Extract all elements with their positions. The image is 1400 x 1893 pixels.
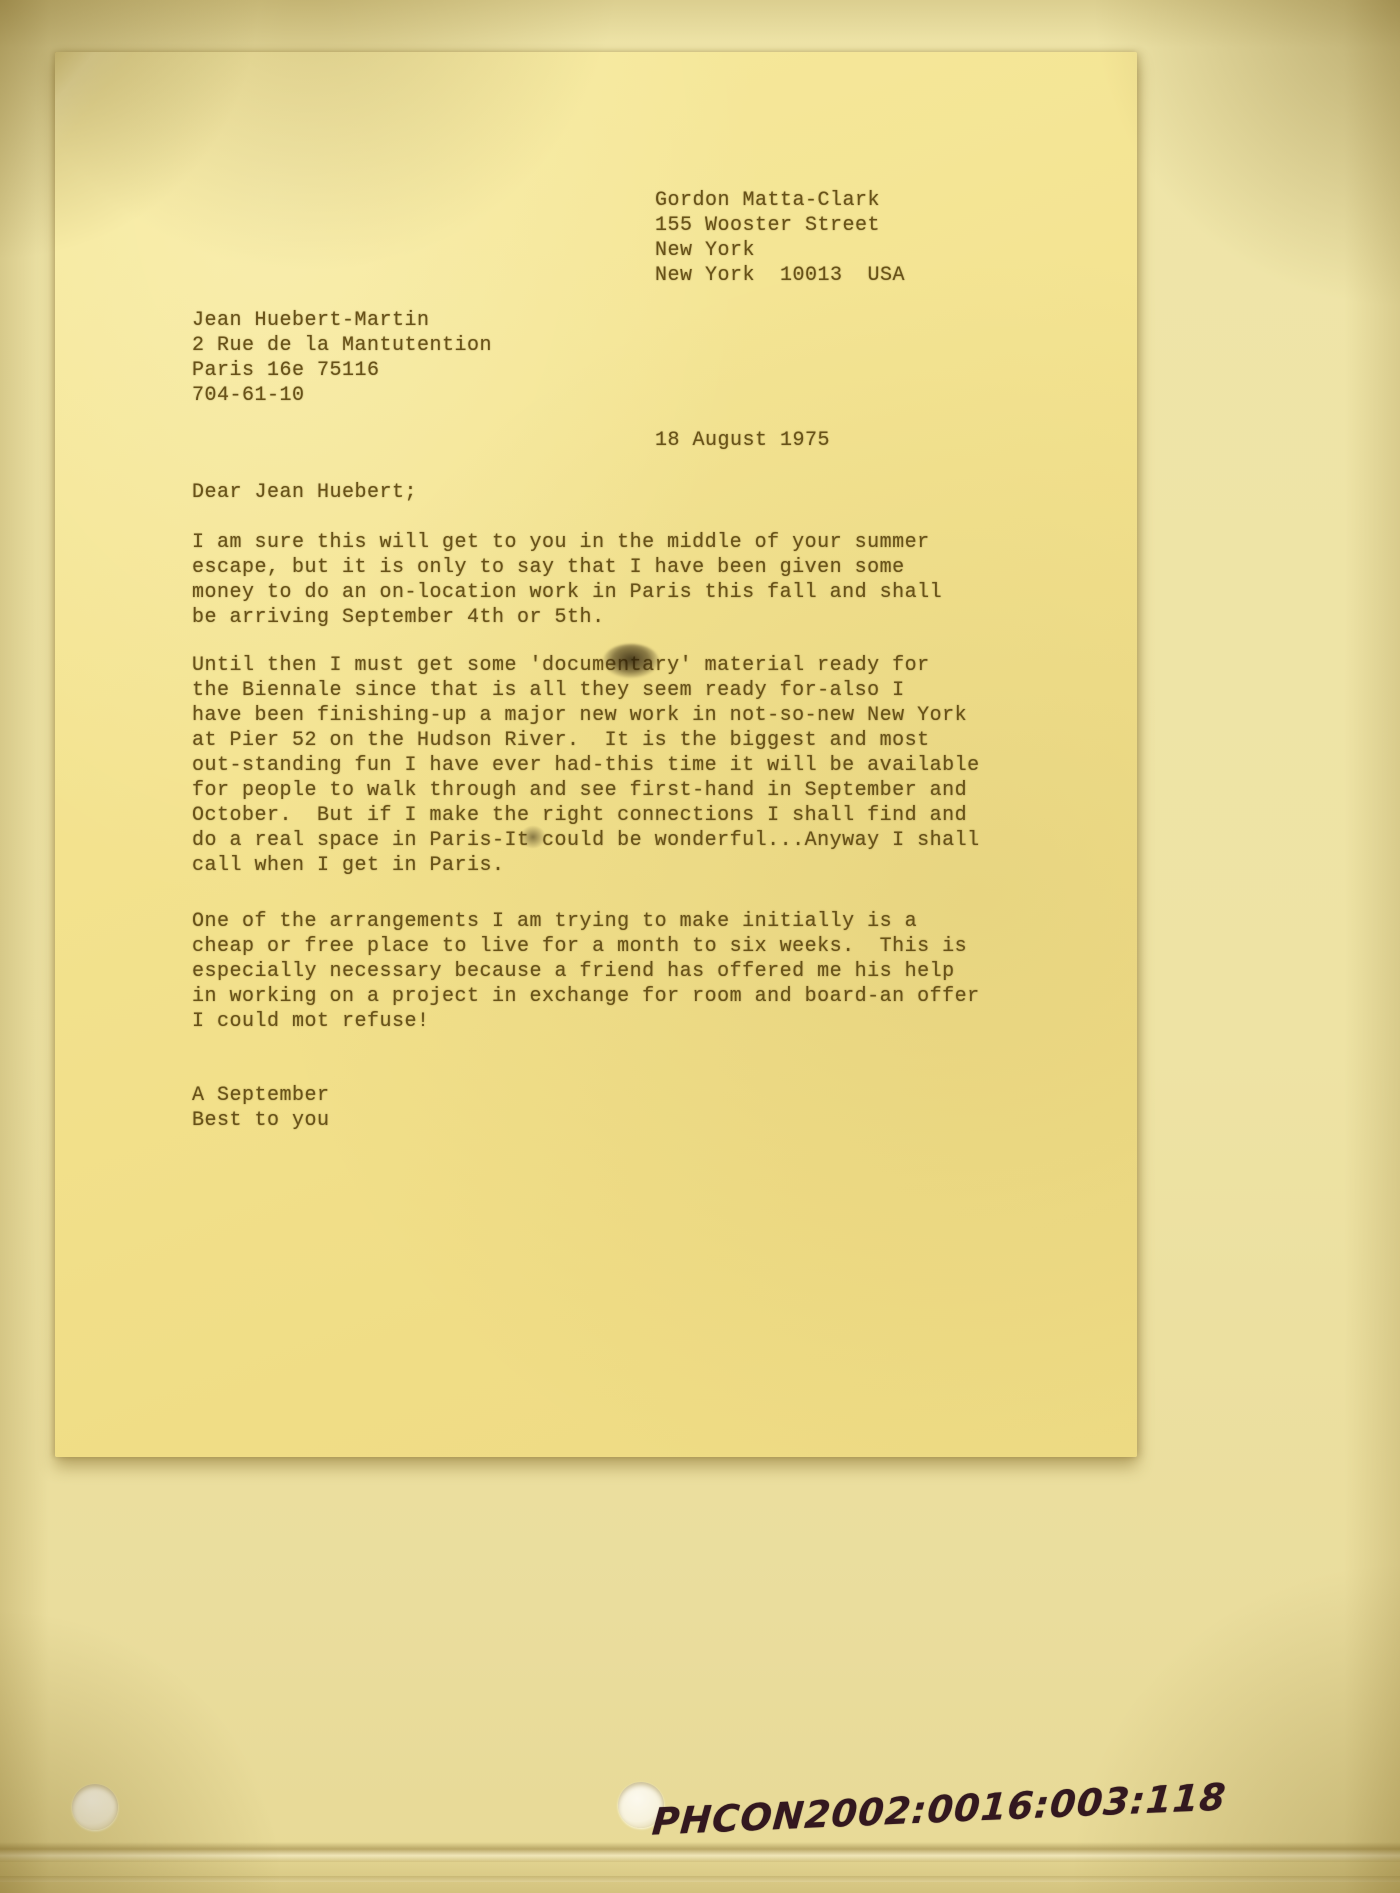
sleeve-seam: [0, 1842, 1400, 1862]
punch-hole-left: [72, 1784, 118, 1830]
recipient-address: Jean Huebert-Martin 2 Rue de la Mantuten…: [192, 308, 492, 408]
archive-photo: Gordon Matta-Clark 155 Wooster Street Ne…: [0, 0, 1400, 1893]
sleeve-seam-faint: [0, 1876, 1400, 1882]
paragraph-3: One of the arrangements I am trying to m…: [192, 909, 980, 1034]
paragraph-2: Until then I must get some 'documentary'…: [192, 653, 980, 878]
paragraph-1: I am sure this will get to you in the mi…: [192, 530, 942, 630]
letter-paper: Gordon Matta-Clark 155 Wooster Street Ne…: [55, 52, 1137, 1457]
salutation: Dear Jean Huebert;: [192, 480, 417, 505]
closing: A September Best to you: [192, 1083, 330, 1133]
archive-code-handwriting: PHCON2002:0016:003:118: [651, 1775, 1228, 1843]
paper-crease: [55, 52, 375, 272]
sender-address: Gordon Matta-Clark 155 Wooster Street Ne…: [655, 188, 905, 288]
ink-smudge: [603, 644, 659, 678]
overtype-mark: [520, 825, 546, 849]
date-line: 18 August 1975: [655, 428, 830, 453]
